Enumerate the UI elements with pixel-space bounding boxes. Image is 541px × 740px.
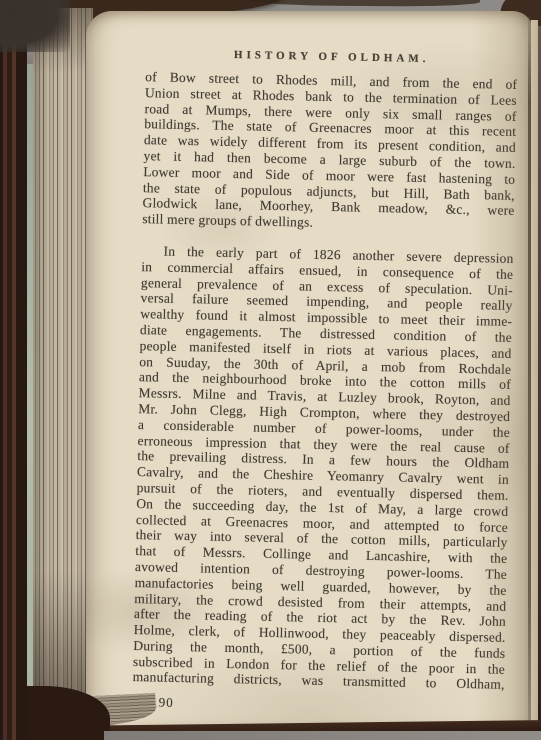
page-text-column: HISTORY OF OLDHAM. of Bow street to Rhod… [132, 47, 518, 718]
backdrop-bottom [104, 731, 541, 740]
page-edge-stack-shading [33, 8, 93, 730]
book-cover-top-left-shadow [0, 0, 70, 52]
facing-page-edge [531, 20, 538, 732]
book-cover-spine-left [0, 0, 27, 740]
paragraph: In the early part of 1826 another severe… [133, 243, 514, 693]
book-photo: HISTORY OF OLDHAM. of Bow street to Rhod… [0, 0, 541, 740]
book-page: HISTORY OF OLDHAM. of Bow street to Rhod… [86, 11, 534, 734]
running-header: HISTORY OF OLDHAM. [146, 47, 518, 67]
text-block: of Bow street to Rhodes mill, and from t… [133, 69, 518, 693]
page-number: 190 [132, 694, 504, 718]
paragraph: of Bow street to Rhodes mill, and from t… [142, 69, 517, 235]
